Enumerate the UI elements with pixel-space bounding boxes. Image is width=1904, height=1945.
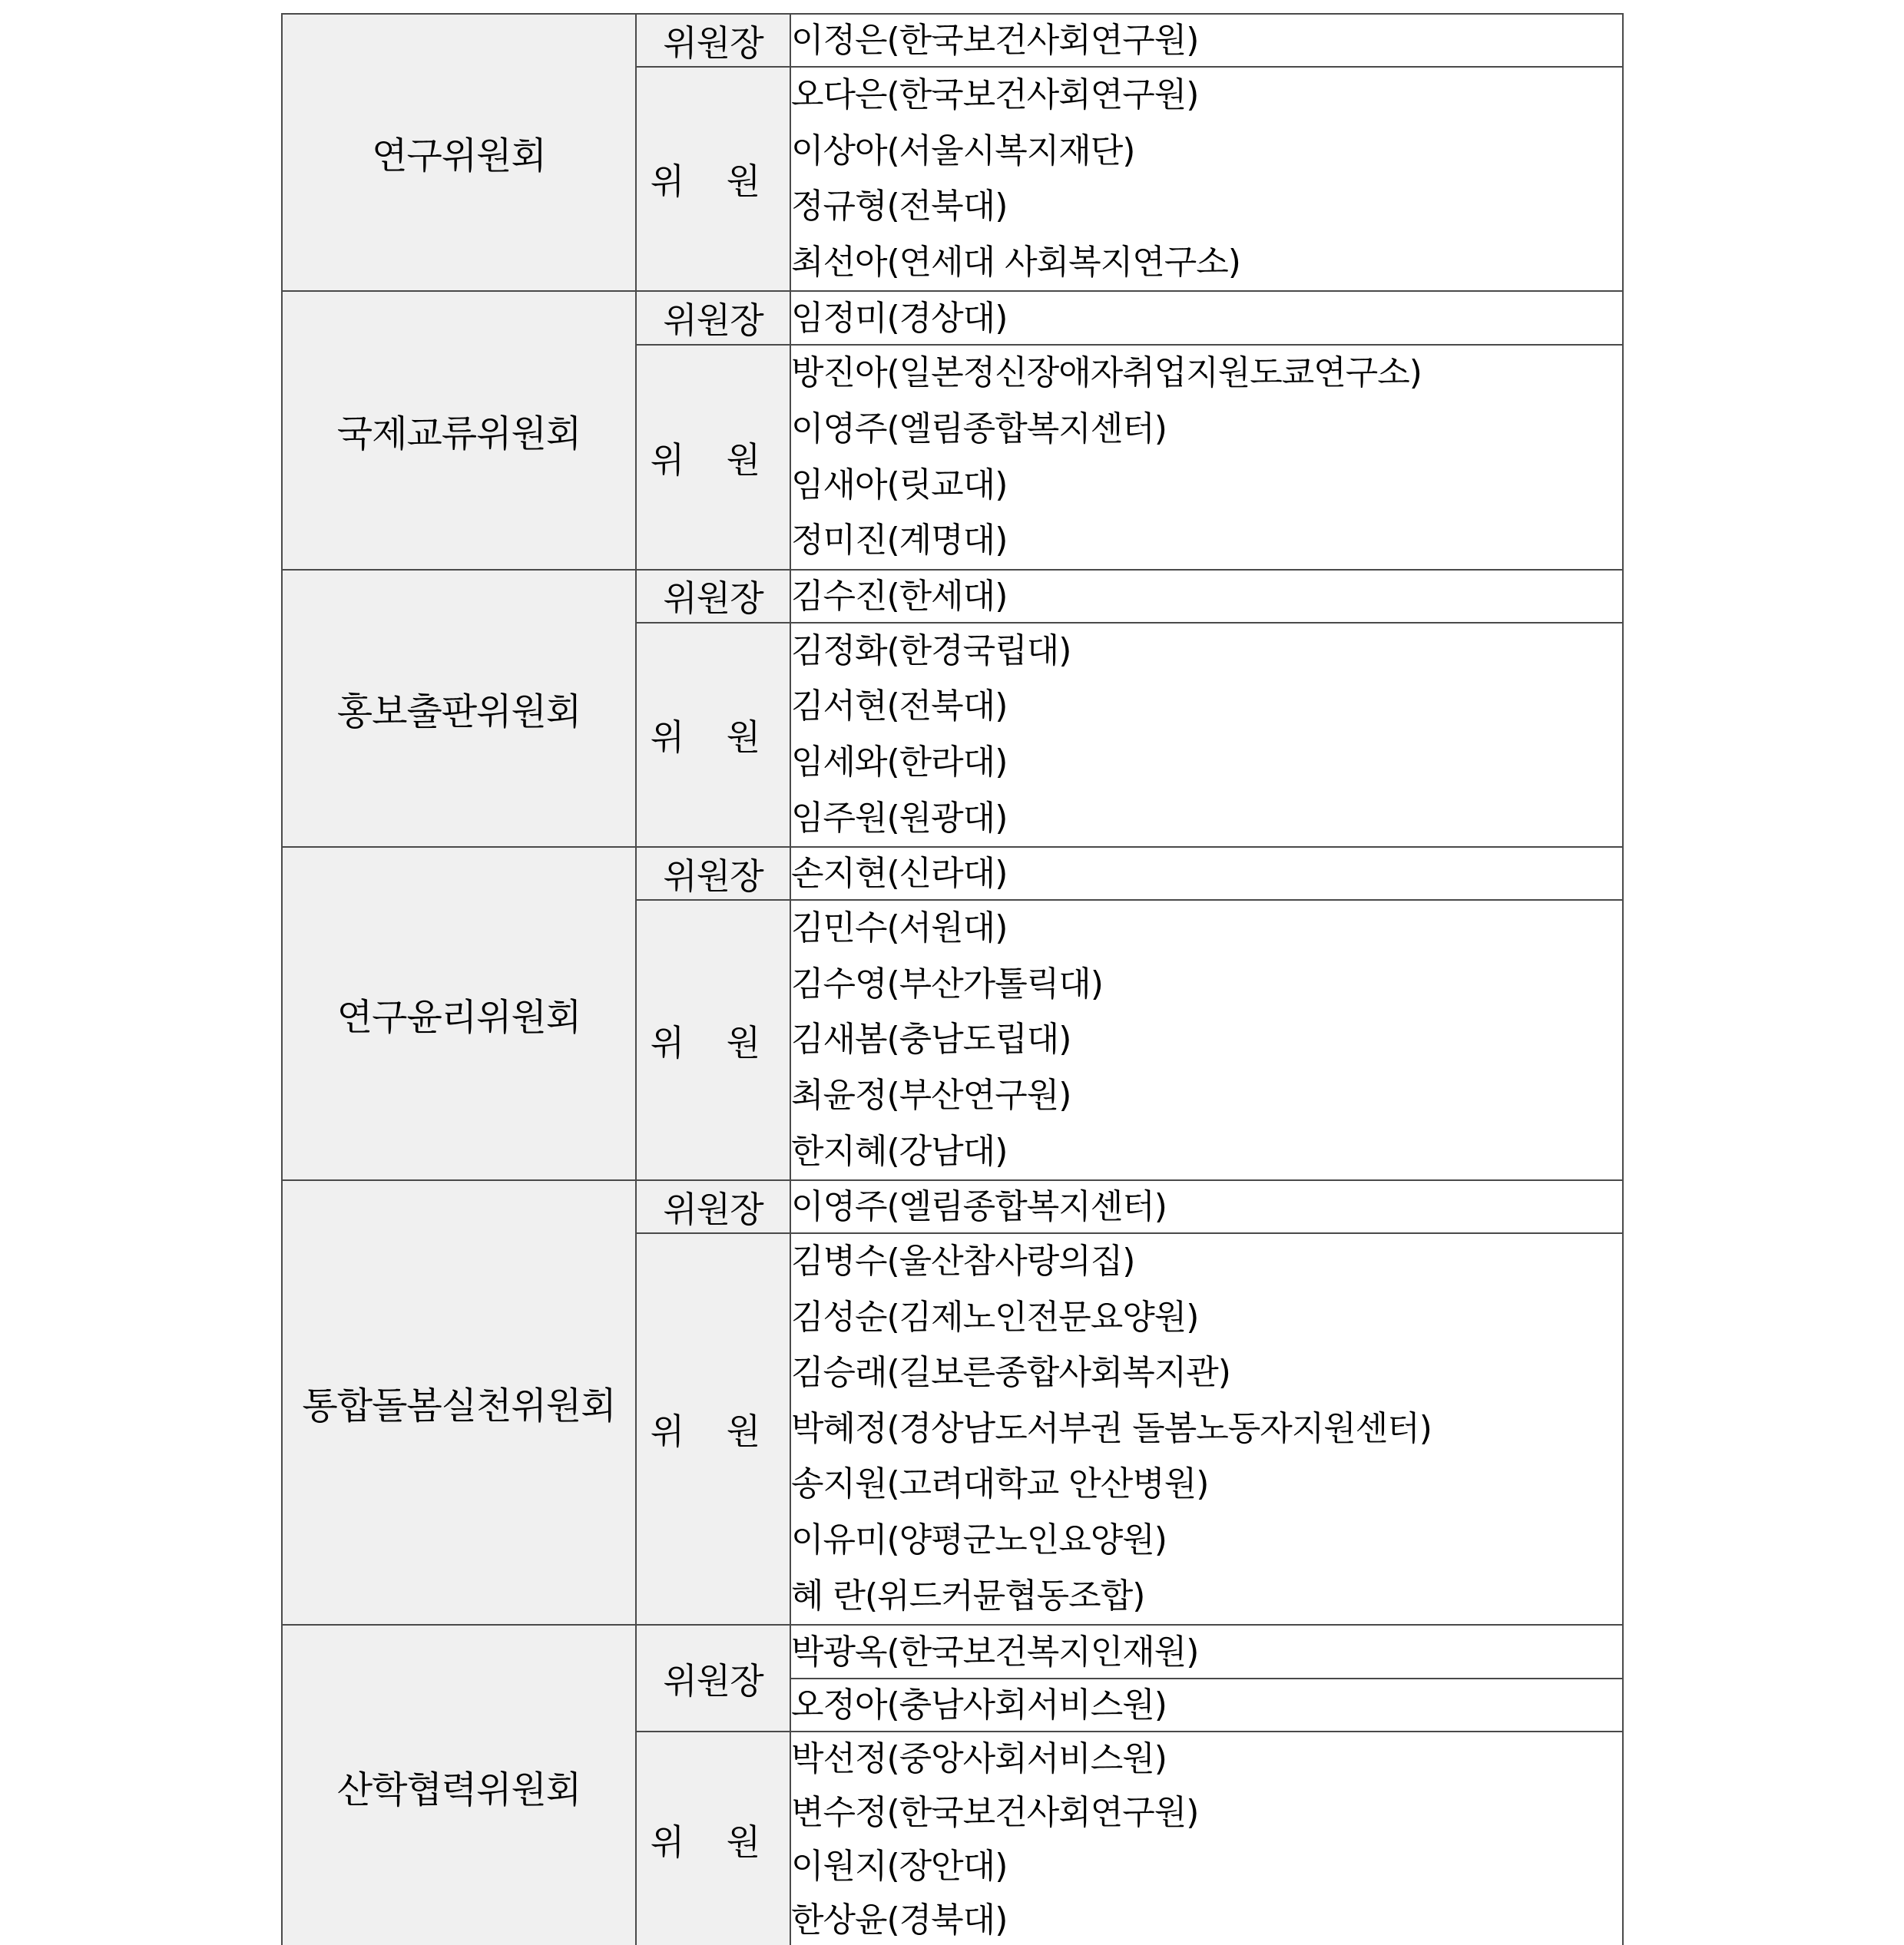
chair-entry: 오정아(충남사회서비스원) <box>791 1679 1622 1731</box>
members-cell: 방진아(일본정신장애자취업지원도쿄연구소) 이영주(엘림종합복지센터) 임새아(… <box>790 345 1623 569</box>
member-entry: 오다은(한국보건사회연구원) <box>791 68 1622 124</box>
role-member-label: 위 원 <box>636 1732 790 1945</box>
committee-name: 국제교류위원회 <box>282 291 636 569</box>
role-chair-label: 위원장 <box>636 570 790 623</box>
committee-name: 연구윤리위원회 <box>282 847 636 1180</box>
role-member-label: 위 원 <box>636 1233 790 1625</box>
role-chair-label: 위원장 <box>636 1625 790 1732</box>
committee-row-pr-chair: 홍보출판위원회 위원장 김수진(한세대) <box>282 570 1623 623</box>
role-member-text: 위 원 <box>651 1022 777 1063</box>
member-entry: 임주원(원광대) <box>791 791 1622 847</box>
member-entry: 이유미(양평군노인요양원) <box>791 1513 1622 1569</box>
committee-name: 통합돌봄실천위원회 <box>282 1180 636 1625</box>
members-cell: 김민수(서원대) 김수영(부산가톨릭대) 김새봄(충남도립대) 최윤정(부산연구… <box>790 900 1623 1180</box>
chair-entry: 박광옥(한국보건복지인재원) <box>791 1626 1622 1678</box>
role-chair-label: 위원장 <box>636 14 790 67</box>
role-member-label: 위 원 <box>636 623 790 847</box>
chair-cell: 임정미(경상대) <box>790 291 1623 345</box>
member-entry: 김새봄(충남도립대) <box>791 1012 1622 1068</box>
member-entry: 이원지(장안대) <box>791 1840 1622 1894</box>
member-entry: 최윤정(부산연구원) <box>791 1068 1622 1124</box>
committee-row-industry-chair-1: 산학협력위원회 위원장 박광옥(한국보건복지인재원) <box>282 1625 1623 1679</box>
member-entry: 이상아(서울시복지재단) <box>791 124 1622 180</box>
chair-cell: 손지현(신라대) <box>790 847 1623 900</box>
member-entry: 최선아(연세대 사회복지연구소) <box>791 235 1622 291</box>
role-member-text: 위 원 <box>651 1821 777 1863</box>
members-cell: 김병수(울산참사랑의집) 김성순(김제노인전문요양원) 김승래(길보른종합사회복… <box>790 1233 1623 1625</box>
chair-cell: 이정은(한국보건사회연구원) <box>790 14 1623 67</box>
committee-name: 홍보출판위원회 <box>282 570 636 847</box>
member-entry: 임새아(릿교대) <box>791 458 1622 514</box>
member-entry: 방진아(일본정신장애자취업지원도쿄연구소) <box>791 346 1622 402</box>
role-member-label: 위 원 <box>636 67 790 291</box>
member-entry: 김병수(울산참사랑의집) <box>791 1234 1622 1290</box>
chair-entry: 손지현(신라대) <box>791 848 1622 899</box>
role-chair-label: 위원장 <box>636 291 790 345</box>
role-member-label: 위 원 <box>636 345 790 569</box>
chair-cell: 박광옥(한국보건복지인재원) <box>790 1625 1623 1679</box>
member-entry: 임세와(한라대) <box>791 735 1622 791</box>
role-chair-label: 위원장 <box>636 847 790 900</box>
member-entry: 변수정(한국보건사회연구원) <box>791 1786 1622 1840</box>
member-entry: 김승래(길보른종합사회복지관) <box>791 1345 1622 1401</box>
chair-cell: 이영주(엘림종합복지센터) <box>790 1180 1623 1233</box>
members-cell: 박선정(중앙사회서비스원) 변수정(한국보건사회연구원) 이원지(장안대) 한상… <box>790 1732 1623 1945</box>
chair-entry: 임정미(경상대) <box>791 293 1622 344</box>
role-member-text: 위 원 <box>651 716 777 758</box>
chair-entry: 김수진(한세대) <box>791 571 1622 622</box>
member-entry: 박혜정(경상남도서부권 돌봄노동자지원센터) <box>791 1401 1622 1457</box>
committee-name: 산학협력위원회 <box>282 1625 636 1945</box>
members-cell: 김정화(한경국립대) 김서현(전북대) 임세와(한라대) 임주원(원광대) <box>790 623 1623 847</box>
member-entry: 김수영(부산가톨릭대) <box>791 957 1622 1013</box>
committee-roster-table: 연구위원회 위원장 이정은(한국보건사회연구원) 위 원 오다은(한국보건사회연… <box>281 13 1624 1945</box>
member-entry: 혜 란(위드커뮨협동조합) <box>791 1569 1622 1625</box>
chair-cell: 오정아(충남사회서비스원) <box>790 1679 1623 1732</box>
role-member-label: 위 원 <box>636 900 790 1180</box>
members-cell: 오다은(한국보건사회연구원) 이상아(서울시복지재단) 정규형(전북대) 최선아… <box>790 67 1623 291</box>
committee-row-integrated-care-chair: 통합돌봄실천위원회 위원장 이영주(엘림종합복지센터) <box>282 1180 1623 1233</box>
chair-cell: 김수진(한세대) <box>790 570 1623 623</box>
member-entry: 박선정(중앙사회서비스원) <box>791 1732 1622 1786</box>
committee-row-ethics-chair: 연구윤리위원회 위원장 손지현(신라대) <box>282 847 1623 900</box>
member-entry: 정규형(전북대) <box>791 179 1622 235</box>
member-entry: 송지원(고려대학교 안산병원) <box>791 1457 1622 1513</box>
member-entry: 김정화(한경국립대) <box>791 624 1622 680</box>
committee-row-intl-chair: 국제교류위원회 위원장 임정미(경상대) <box>282 291 1623 345</box>
chair-entry: 이영주(엘림종합복지센터) <box>791 1181 1622 1232</box>
member-entry: 김성순(김제노인전문요양원) <box>791 1290 1622 1346</box>
member-entry: 한지혜(강남대) <box>791 1124 1622 1180</box>
committee-name: 연구위원회 <box>282 14 636 291</box>
role-member-text: 위 원 <box>651 439 777 481</box>
member-entry: 이영주(엘림종합복지센터) <box>791 402 1622 458</box>
role-member-text: 위 원 <box>651 1411 777 1452</box>
chair-entry: 이정은(한국보건사회연구원) <box>791 15 1622 66</box>
member-entry: 정미진(계명대) <box>791 513 1622 569</box>
member-entry: 김민수(서원대) <box>791 901 1622 957</box>
role-chair-label: 위원장 <box>636 1180 790 1233</box>
role-member-text: 위 원 <box>651 160 777 202</box>
member-entry: 한상윤(경북대) <box>791 1894 1622 1945</box>
committee-row-research-chair: 연구위원회 위원장 이정은(한국보건사회연구원) <box>282 14 1623 67</box>
member-entry: 김서현(전북대) <box>791 679 1622 735</box>
